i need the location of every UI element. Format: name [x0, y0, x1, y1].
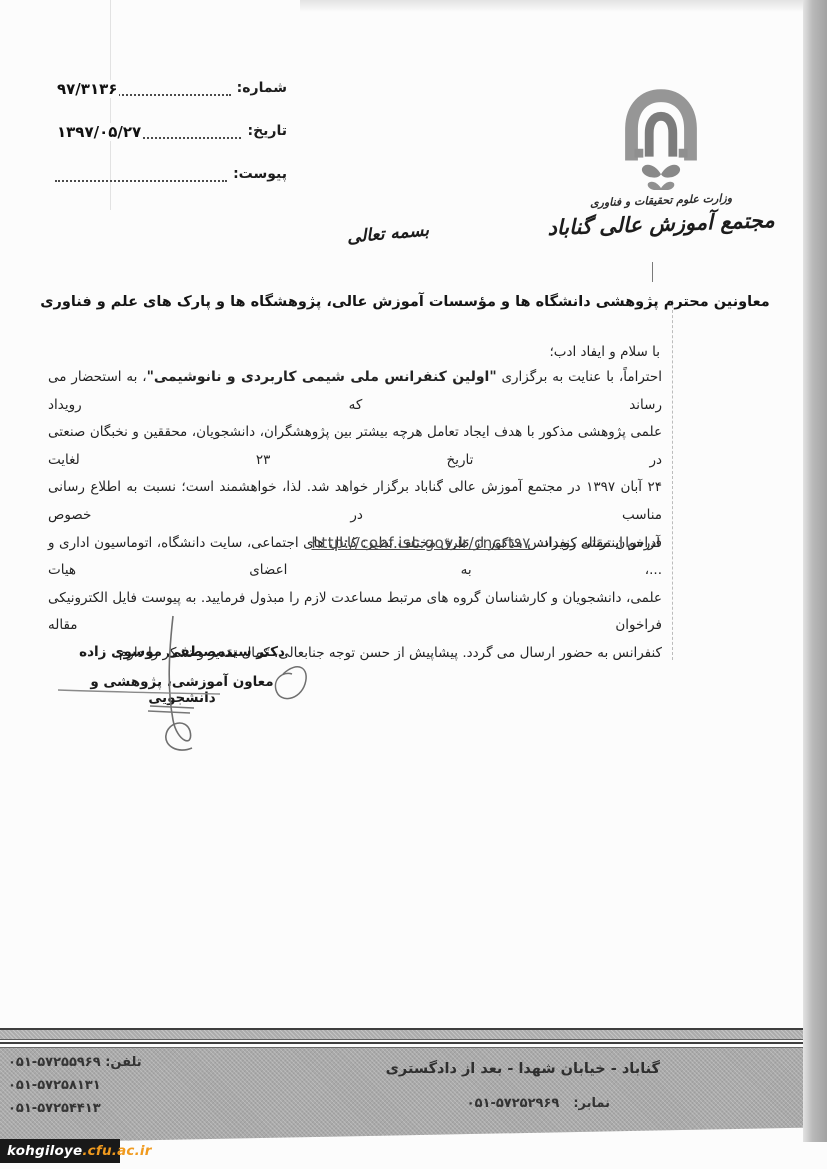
salutation-line: با سلام و ایفاد ادب؛: [549, 344, 660, 360]
event-url-label: آدرس اینترنتی رویداد:: [538, 535, 660, 551]
event-url-link: http://conf.isc.gov.ir/cncrt۹۷: [311, 534, 530, 552]
letter-date-label: تاریخ:: [247, 123, 287, 139]
letter-number-label: شماره:: [237, 80, 287, 96]
scan-shadow-top: [300, 0, 805, 12]
body-line-1: احتراماً، با عنایت به برگزاری "اولین کنف…: [48, 364, 662, 419]
body-line-3: ۲۴ آبان ۱۳۹۷ در مجتمع آموزش عالی گناباد …: [48, 474, 662, 529]
letter-attachment-dotted-line: [55, 162, 227, 182]
body-line-2: علمی پژوهشی مذکور با هدف ایجاد تعامل هرچ…: [48, 419, 662, 474]
phone-row-1: تلفن: ۰۵۱-۵۷۲۵۵۹۶۹: [8, 1055, 152, 1070]
handwritten-signature-icon: [40, 610, 340, 770]
letter-number-dotted-line: ۹۷/۳۱۳۶: [55, 76, 231, 96]
phone-label: تلفن:: [105, 1055, 141, 1070]
fax-number: ۰۵۱-۵۷۲۵۲۹۶۹: [467, 1096, 560, 1111]
footer-phones: تلفن: ۰۵۱-۵۷۲۵۵۹۶۹ ۰۵۱-۵۷۲۵۸۱۳۱ ۰۵۱-۵۷۲۵…: [8, 1055, 152, 1124]
scan-artifact-line-body: [672, 300, 673, 660]
letter-date-row: تاریخ: ۱۳۹۷/۰۵/۲۷: [55, 117, 287, 139]
scan-artifact-line-logo: [652, 262, 653, 282]
watermark-domain: .cfu.ac.ir: [82, 1143, 151, 1159]
phone-number-1: ۰۵۱-۵۷۲۵۵۹۶۹: [8, 1055, 101, 1070]
footer-fax-row: نمابر: ۰۵۱-۵۷۲۵۲۹۶۹: [467, 1096, 610, 1111]
footer-bar: گناباد - خیابان شهدا - بعد از دادگستری ن…: [0, 1047, 806, 1143]
phone-number-2: ۰۵۱-۵۷۲۵۸۱۳۱: [8, 1078, 101, 1093]
letter-meta-block: شماره: ۹۷/۳۱۳۶ تاریخ: ۱۳۹۷/۰۵/۲۷ پیوست:: [55, 74, 287, 203]
scan-edge-shadow: [803, 0, 827, 1142]
letter-date-dotted-line: ۱۳۹۷/۰۵/۲۷: [55, 119, 241, 139]
body-line-1-before: احتراماً، با عنایت به برگزاری: [497, 369, 662, 385]
letterhead: وزارت علوم تحقیقات و فناوری مجتمع آموزش …: [520, 78, 802, 236]
letter-date-value: ۱۳۹۷/۰۵/۲۷: [55, 123, 143, 141]
letter-number-value: ۹۷/۳۱۳۶: [55, 80, 119, 98]
scanned-letter-page: شماره: ۹۷/۳۱۳۶ تاریخ: ۱۳۹۷/۰۵/۲۷ پیوست:: [0, 0, 827, 1169]
phone-row-2: ۰۵۱-۵۷۲۵۸۱۳۱: [8, 1078, 152, 1093]
letter-attachment-row: پیوست:: [55, 160, 287, 182]
footer-divider-line: [0, 1042, 806, 1044]
footer-divider-band: [0, 1028, 806, 1040]
institute-name: مجتمع آموزش عالی گناباد: [520, 206, 803, 241]
site-watermark: kohgiloye.cfu.ac.ir: [0, 1139, 120, 1163]
phone-number-3: ۰۵۱-۵۷۲۵۴۴۱۳: [8, 1101, 101, 1116]
addressee-line: معاونین محترم پژوهشی دانشگاه ها و مؤسسات…: [40, 294, 770, 310]
conference-name-bold: "اولین کنفرانس ملی شیمی کاربردی و نانوشی…: [147, 369, 497, 385]
ministry-logo-icon: [602, 78, 720, 192]
letter-attachment-label: پیوست:: [233, 166, 287, 182]
footer-address: گناباد - خیابان شهدا - بعد از دادگستری: [386, 1061, 660, 1077]
bismillah-text: بسمه تعالی: [327, 219, 448, 249]
letter-number-row: شماره: ۹۷/۳۱۳۶: [55, 74, 287, 96]
fax-label: نمابر:: [573, 1096, 610, 1111]
watermark-site-name: kohgiloye: [7, 1143, 82, 1159]
phone-row-3: ۰۵۱-۵۷۲۵۴۴۱۳: [8, 1101, 152, 1116]
event-url-row: آدرس اینترنتی رویداد: http://conf.isc.go…: [311, 534, 660, 552]
